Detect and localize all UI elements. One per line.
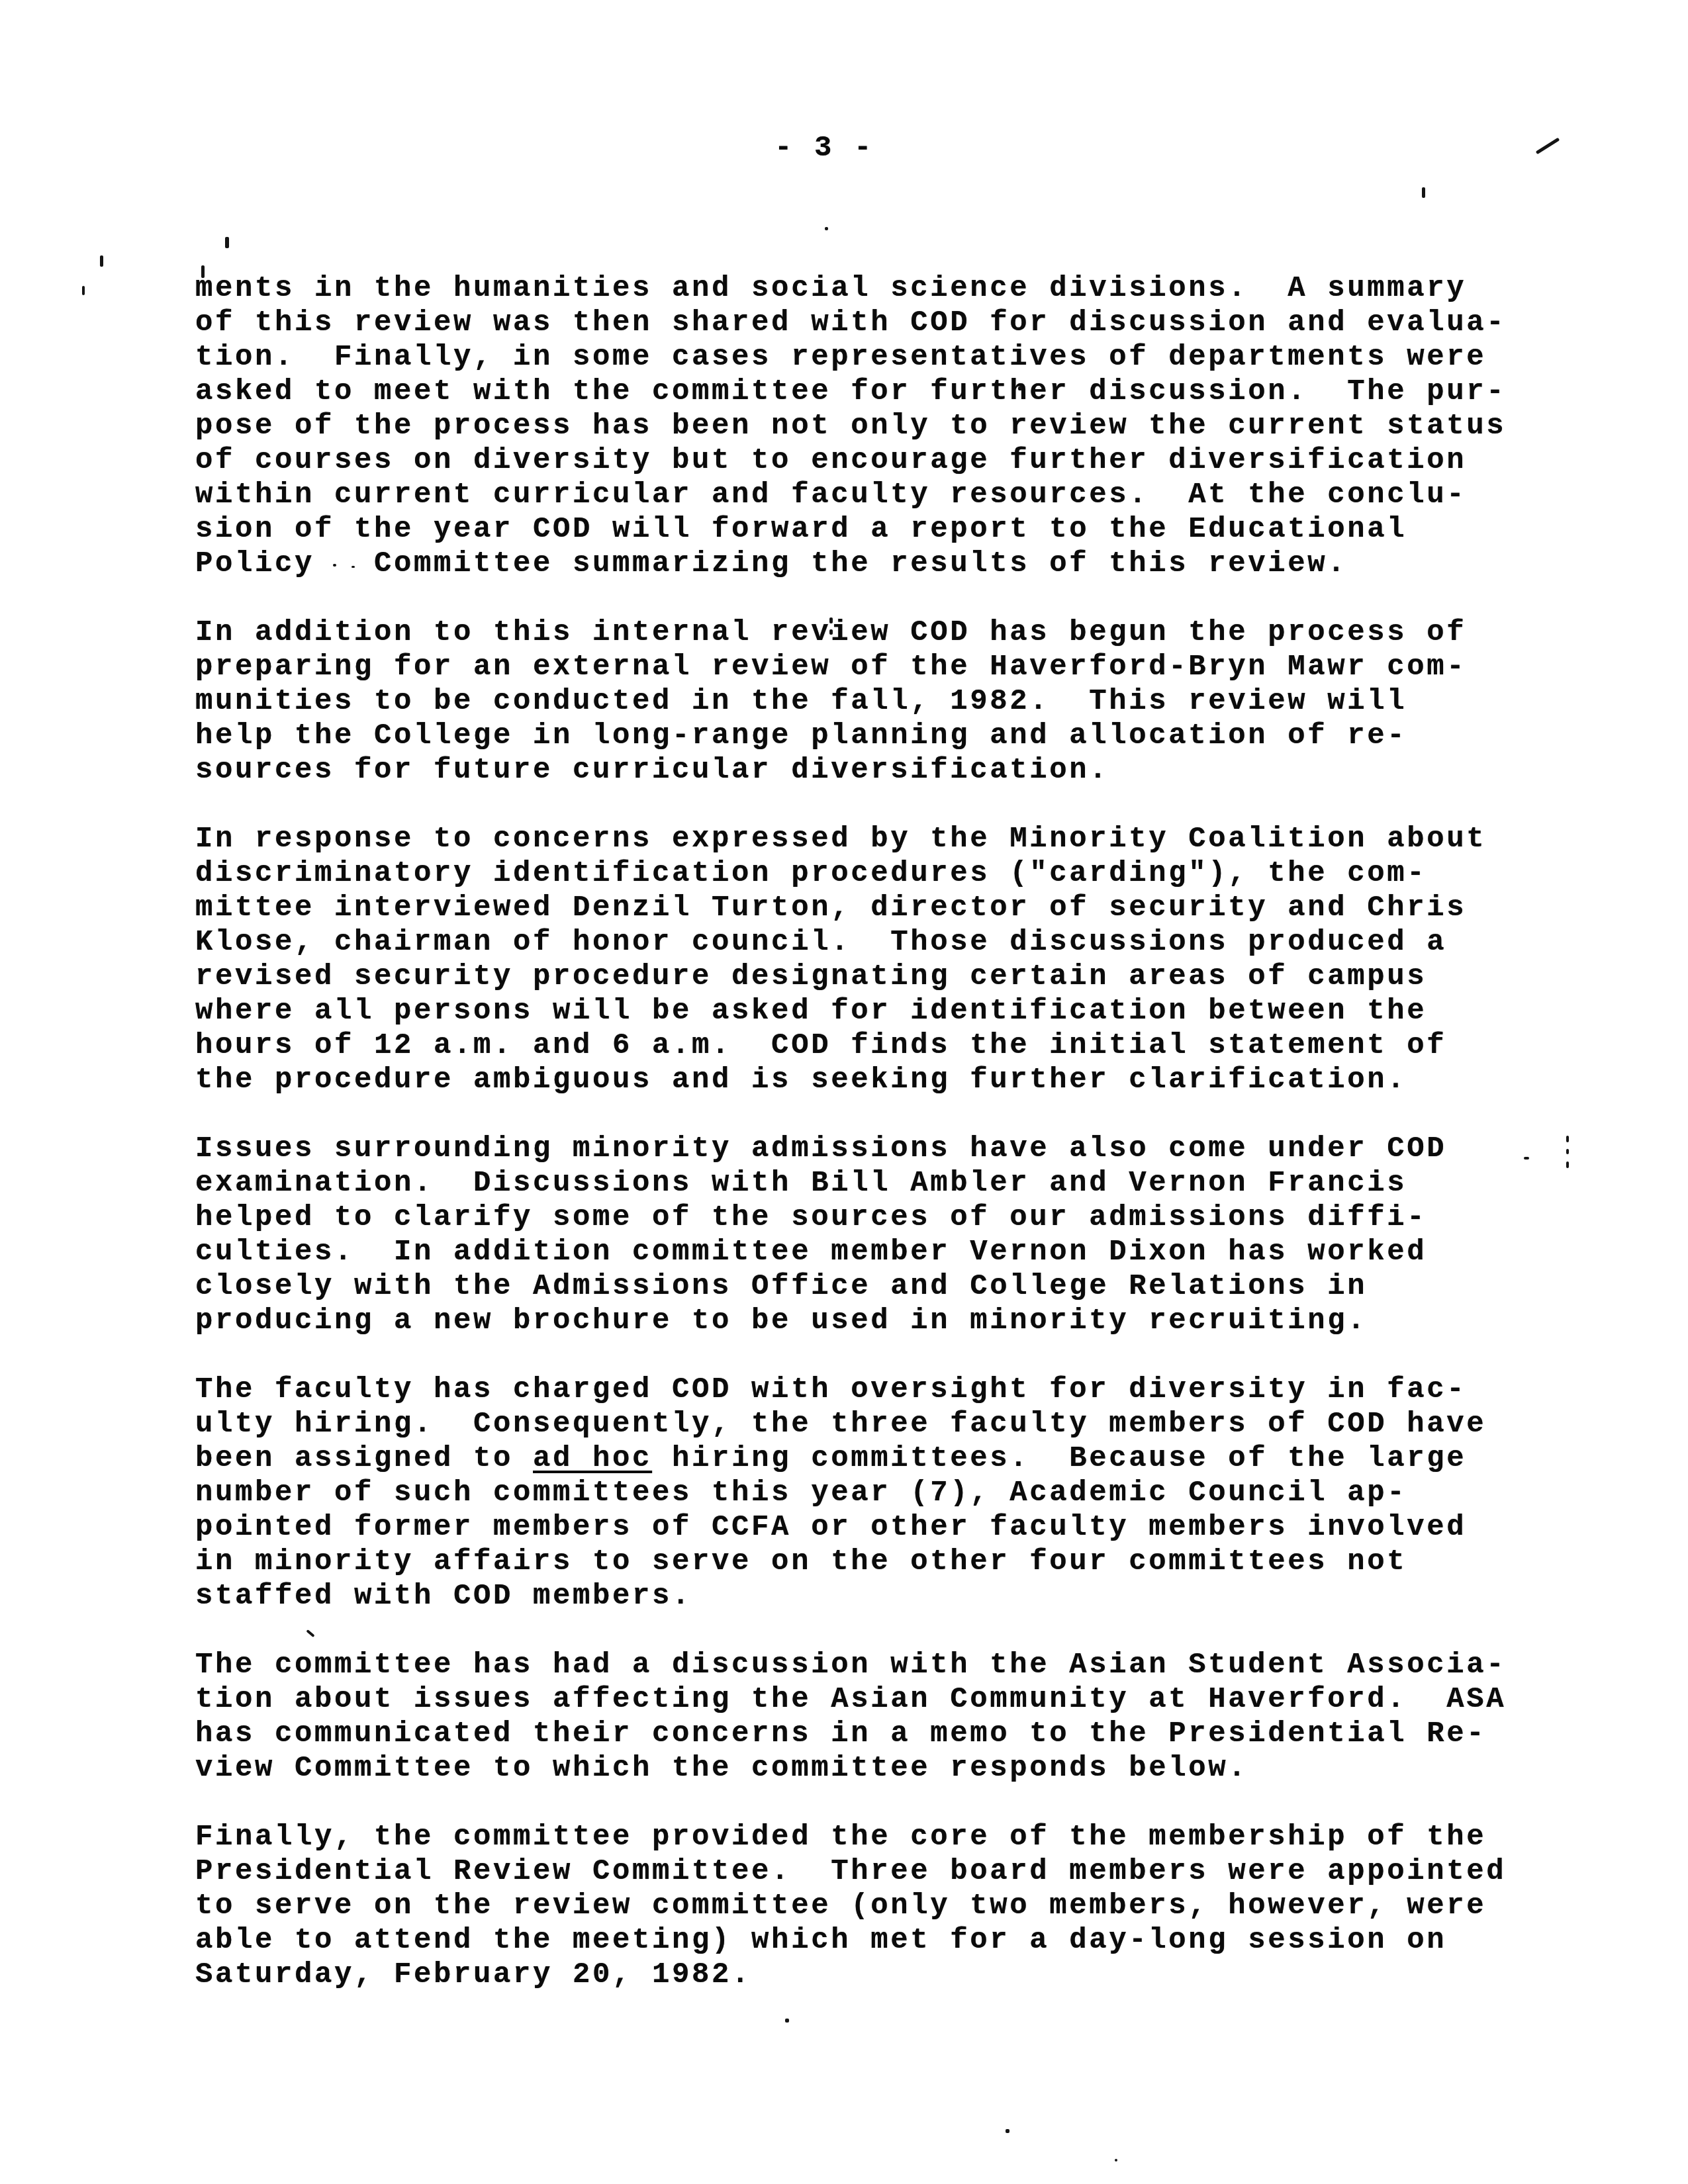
text-line: help the College in long-range planning … <box>195 719 1506 753</box>
text-line: Finally, the committee provided the core… <box>195 1820 1506 1854</box>
text-line: of courses on diversity but to encourage… <box>195 443 1506 478</box>
text-line: asked to meet with the committee for fur… <box>195 375 1506 409</box>
text-line: producing a new brochure to be used in m… <box>195 1304 1506 1338</box>
paragraph-7: Finally, the committee provided the core… <box>195 1820 1506 1992</box>
text-line: tion about issues affecting the Asian Co… <box>195 1682 1506 1717</box>
text-line: sion of the year COD will forward a repo… <box>195 512 1506 547</box>
photocopy-speck <box>1566 1149 1569 1154</box>
text-line: where all persons will be asked for iden… <box>195 994 1506 1028</box>
text-line: In addition to this internal review COD … <box>195 615 1506 650</box>
text-line: able to attend the meeting) which met fo… <box>195 1923 1506 1958</box>
text-line: within current curricular and faculty re… <box>195 478 1506 512</box>
text-line: ments in the humanities and social scien… <box>195 271 1506 306</box>
photocopy-speck <box>1566 1161 1569 1168</box>
text-line: pointed former members of CCFA or other … <box>195 1510 1506 1545</box>
text-line: Policy Committee summarizing the results… <box>195 547 1506 581</box>
paragraph-6: The committee has had a discussion with … <box>195 1648 1506 1786</box>
text-line: mittee interviewed Denzil Turton, direct… <box>195 891 1506 925</box>
text-line: preparing for an external review of the … <box>195 650 1506 684</box>
paragraph-4: Issues surrounding minority admissions h… <box>195 1132 1506 1338</box>
text-line: Klose, chairman of honor council. Those … <box>195 925 1506 960</box>
text-line: staffed with COD members. <box>195 1579 1506 1614</box>
text-line: munities to be conducted in the fall, 19… <box>195 684 1506 719</box>
text-line: revised security procedure designating c… <box>195 960 1506 994</box>
paragraph-5: The faculty has charged COD with oversig… <box>195 1373 1506 1614</box>
text-line: to serve on the review committee (only t… <box>195 1889 1506 1923</box>
text-line: The faculty has charged COD with oversig… <box>195 1373 1506 1407</box>
paragraph-2: In addition to this internal review COD … <box>195 615 1506 788</box>
text-line: In response to concerns expressed by the… <box>195 822 1506 856</box>
text-line: the procedure ambiguous and is seeking f… <box>195 1063 1506 1097</box>
text-line: has communicated their concerns in a mem… <box>195 1717 1506 1751</box>
text-line: Saturday, February 20, 1982. <box>195 1958 1506 1992</box>
text-line: The committee has had a discussion with … <box>195 1648 1506 1682</box>
photocopy-speck <box>1115 2159 1117 2161</box>
page-number: - 3 - <box>774 131 874 165</box>
text-line: discriminatory identification procedures… <box>195 856 1506 891</box>
paragraph-3: In response to concerns expressed by the… <box>195 822 1506 1097</box>
photocopy-speck <box>1422 187 1425 198</box>
photocopy-speck <box>1524 1157 1529 1160</box>
text-line: culties. In addition committee member Ve… <box>195 1235 1506 1269</box>
text-line: pose of the process has been not only to… <box>195 409 1506 443</box>
document-page: - 3 - ments in the humanities and social… <box>0 0 1688 2184</box>
paragraph-1: ments in the humanities and social scien… <box>195 271 1506 581</box>
photocopy-speck <box>82 286 85 295</box>
photocopy-speck <box>1536 138 1560 154</box>
text-line: hours of 12 a.m. and 6 a.m. COD finds th… <box>195 1028 1506 1063</box>
text-line: of this review was then shared with COD … <box>195 306 1506 340</box>
text-line: view Committee to which the committee re… <box>195 1751 1506 1786</box>
text-line: in minority affairs to serve on the othe… <box>195 1545 1506 1579</box>
text-line: Presidential Review Committee. Three boa… <box>195 1854 1506 1889</box>
photocopy-speck <box>1006 2129 1009 2133</box>
text-line: number of such committees this year (7),… <box>195 1476 1506 1510</box>
photocopy-speck <box>225 237 229 248</box>
document-body: ments in the humanities and social scien… <box>195 271 1506 2026</box>
photocopy-speck <box>1566 1136 1569 1142</box>
text-line: closely with the Admissions Office and C… <box>195 1269 1506 1304</box>
photocopy-speck <box>825 227 828 230</box>
text-line: tion. Finally, in some cases representat… <box>195 340 1506 375</box>
text-line: ulty hiring. Consequently, the three fac… <box>195 1407 1506 1441</box>
text-line: examination. Discussions with Bill Amble… <box>195 1166 1506 1201</box>
text-line: Issues surrounding minority admissions h… <box>195 1132 1506 1166</box>
text-line: helped to clarify some of the sources of… <box>195 1201 1506 1235</box>
text-line: been assigned to ad hoc hiring committee… <box>195 1441 1506 1476</box>
text-line: sources for future curricular diversific… <box>195 753 1506 788</box>
photocopy-speck <box>100 255 103 267</box>
